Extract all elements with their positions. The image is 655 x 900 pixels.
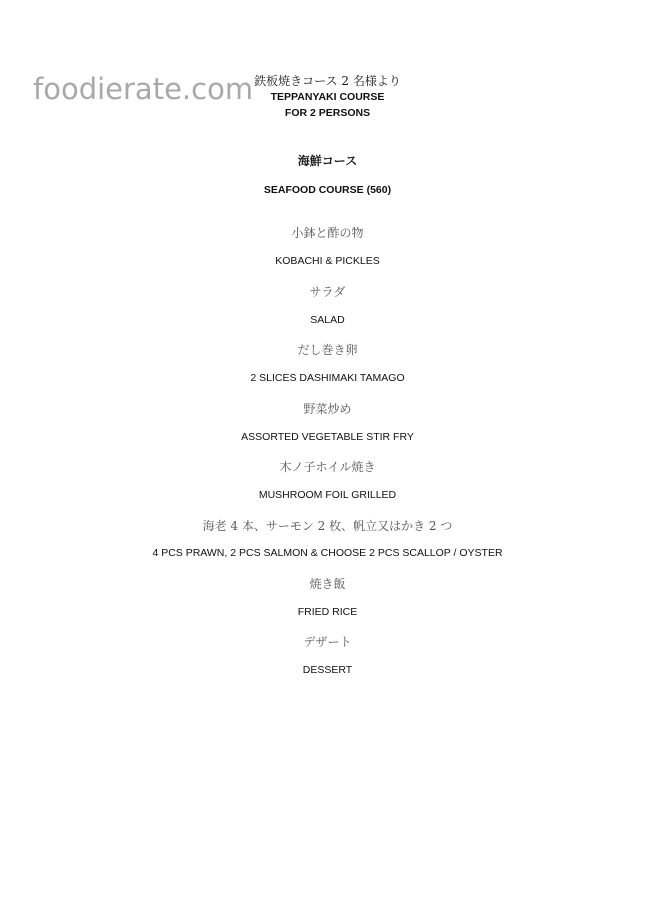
menu-item-en: 2 SLICES DASHIMAKI TAMAGO [0, 372, 655, 384]
menu-item-jp: 木ノ子ホイル焼き [0, 458, 655, 475]
menu-item-jp: 海老 4 本、サーモン 2 枚、帆立又はかき 2 つ [0, 517, 655, 534]
menu-item-jp: だし巻き卵 [0, 341, 655, 358]
section-jp-name: 海鮮コース [0, 152, 655, 169]
menu-item-en: FRIED RICE [0, 606, 655, 618]
header-en-title-line2: FOR 2 PERSONS [0, 107, 655, 119]
menu-item-en: SALAD [0, 314, 655, 326]
menu-item-en: 4 PCS PRAWN, 2 PCS SALMON & CHOOSE 2 PCS… [0, 547, 655, 559]
menu-item-jp: 焼き飯 [0, 575, 655, 592]
menu-item-jp: 小鉢と酢の物 [0, 224, 655, 241]
section-en-name: SEAFOOD COURSE (560) [0, 184, 655, 196]
menu-item-jp: デザート [0, 633, 655, 650]
header-en-title-line1: TEPPANYAKI COURSE [0, 91, 655, 103]
menu-item-en: DESSERT [0, 664, 655, 676]
menu-item-en: ASSORTED VEGETABLE STIR FRY [0, 431, 655, 443]
menu-item-en: MUSHROOM FOIL GRILLED [0, 489, 655, 501]
menu-item-en: KOBACHI & PICKLES [0, 255, 655, 267]
header-jp-title: 鉄板焼きコース 2 名様より [0, 72, 655, 89]
menu-item-jp: サラダ [0, 283, 655, 300]
menu-item-jp: 野菜炒め [0, 400, 655, 417]
